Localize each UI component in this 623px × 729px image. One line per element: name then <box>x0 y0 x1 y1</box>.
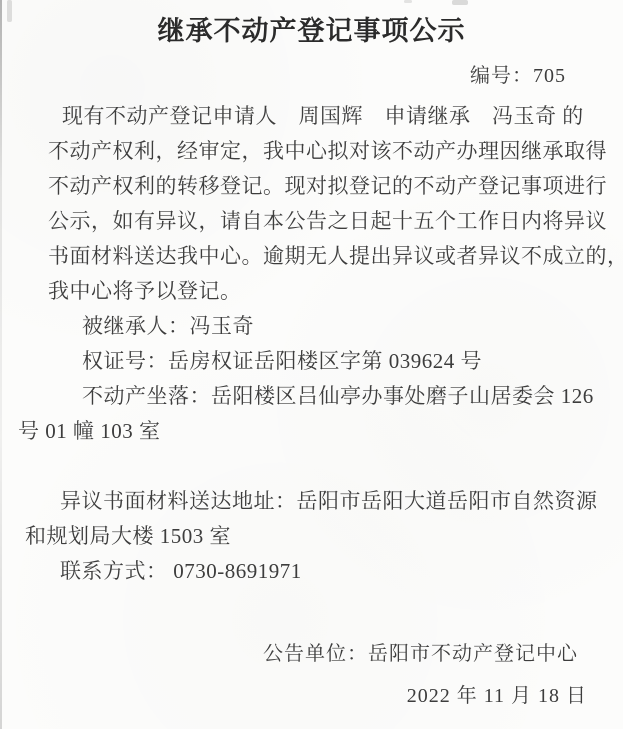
property-location-line: 不动产坐落：岳阳楼区吕仙亭办事处磨子山居委会 126 <box>82 379 623 414</box>
contact-phone-line: 联系方式： 0730-8691971 <box>60 554 623 589</box>
paragraph-line-6: 我中心将予以登记。 <box>48 274 623 309</box>
issue-date-line: 2022 年 11 月 18 日 <box>0 681 623 711</box>
certificate-number-line: 权证号：岳房权证岳阳楼区字第 039624 号 <box>82 344 623 379</box>
page-title: 继承不动产登记事项公示 <box>0 0 623 48</box>
notice-body: 现有不动产登记申请人 周国辉 申请继承 冯玉奇 的 不动产权利，经审定，我中心拟… <box>0 99 623 711</box>
issuing-unit-line: 公告单位：岳阳市不动产登记中心 <box>0 639 623 669</box>
paragraph-line-5: 书面材料送达我中心。逾期无人提出异议或者异议不成立的， <box>48 239 623 274</box>
blank-line <box>0 589 623 639</box>
blank-line <box>0 449 623 484</box>
objection-address-wrap-line: 和规划局大楼 1503 室 <box>25 519 623 554</box>
scanned-notice-document: 继承不动产登记事项公示 编号：705 现有不动产登记申请人 周国辉 申请继承 冯… <box>0 0 623 729</box>
objection-address-line: 异议书面材料送达地址：岳阳市岳阳大道岳阳市自然资源 <box>60 484 623 519</box>
paragraph-line-2: 不动产权利，经审定，我中心拟对该不动产办理因继承取得 <box>48 134 623 169</box>
paragraph-line-1: 现有不动产登记申请人 周国辉 申请继承 冯玉奇 的 <box>62 99 623 134</box>
heir-line: 被继承人：冯玉奇 <box>82 309 623 344</box>
doc-number: 编号：705 <box>0 63 623 89</box>
property-location-wrap-line: 号 01 幢 103 室 <box>18 414 623 449</box>
paragraph-line-4: 公示，如有异议，请自本公告之日起十五个工作日内将异议 <box>48 204 623 239</box>
paragraph-line-3: 不动产权利的转移登记。现对拟登记的不动产登记事项进行 <box>48 169 623 204</box>
